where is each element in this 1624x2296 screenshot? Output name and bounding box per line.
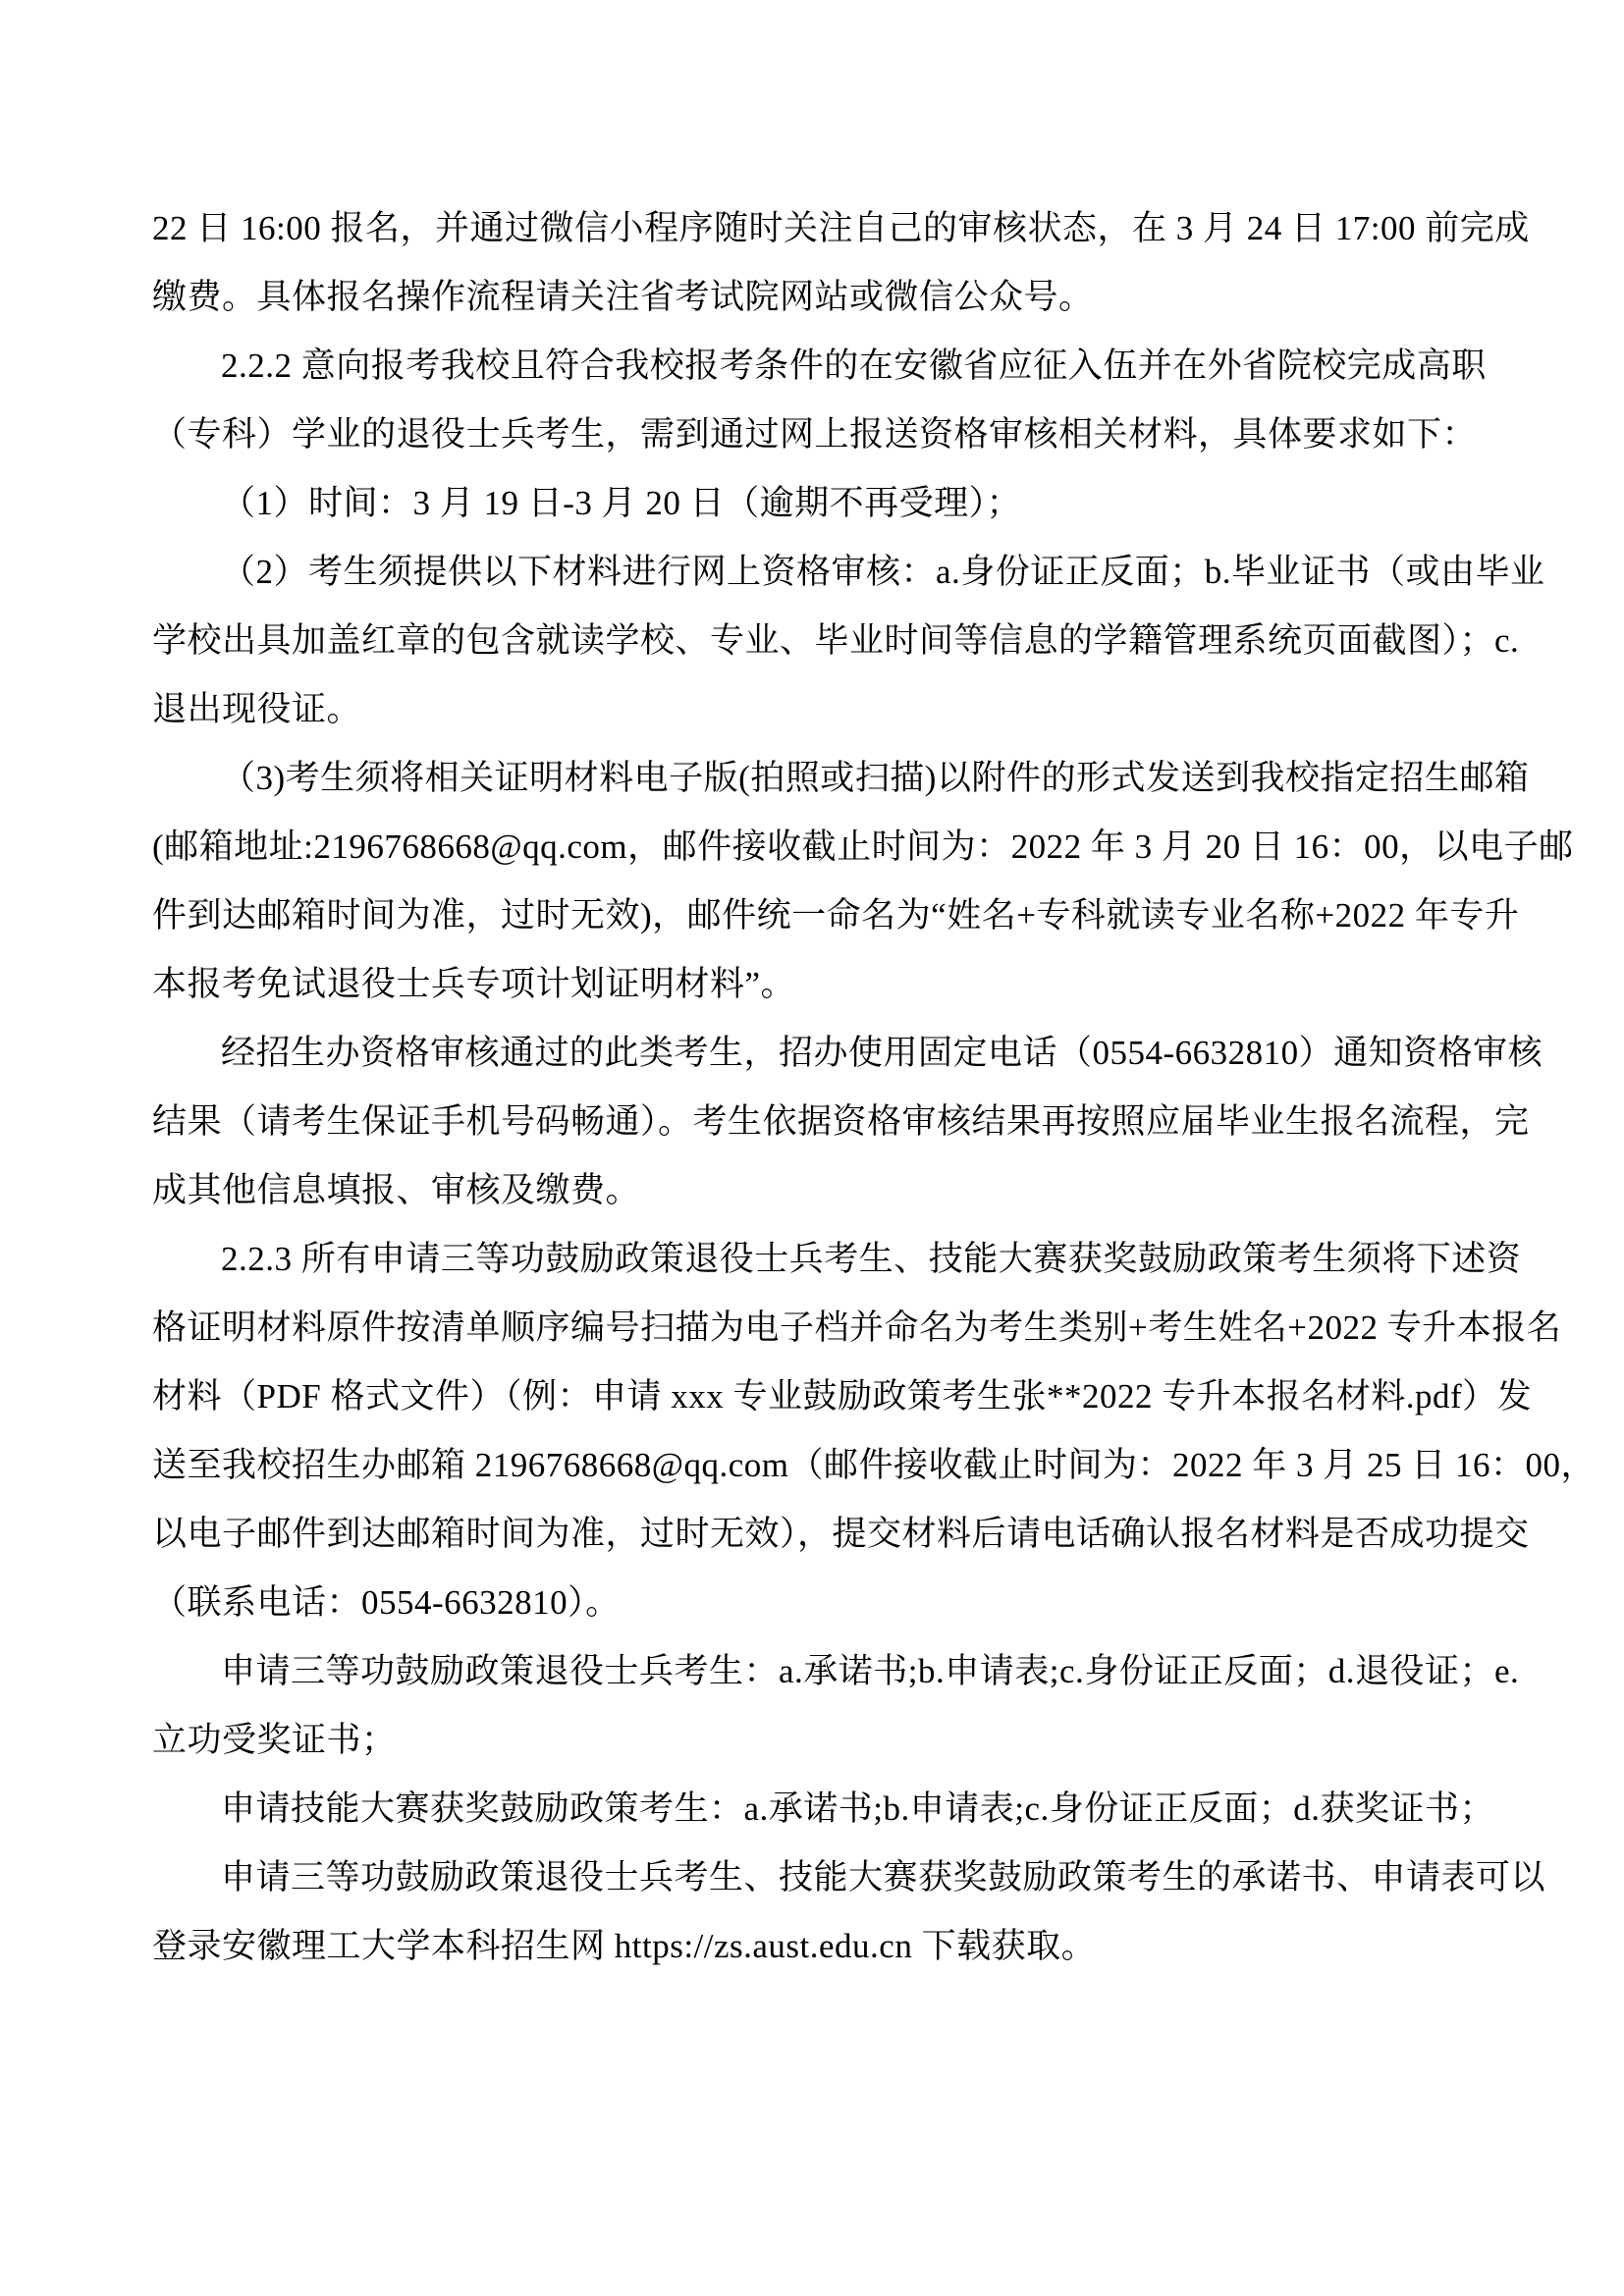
text-line: 材料（PDF 格式文件）（例：申请 xxx 专业鼓励政策考生张**2022 专升… bbox=[152, 1362, 1519, 1431]
text-line: 缴费。具体报名操作流程请关注省考试院网站或微信公众号。 bbox=[152, 263, 1519, 332]
text-line: 送至我校招生办邮箱 2196768668@qq.com（邮件接收截止时间为：20… bbox=[152, 1431, 1519, 1500]
text-line: （专科）学业的退役士兵考生，需到通过网上报送资格审核相关材料，具体要求如下： bbox=[152, 400, 1519, 469]
text-line: （联系电话：0554-6632810）。 bbox=[152, 1569, 1519, 1637]
text-line: 22 日 16:00 报名，并通过微信小程序随时关注自己的审核状态，在 3 月 … bbox=[152, 194, 1519, 263]
text-line: 2.2.2 意向报考我校且符合我校报考条件的在安徽省应征入伍并在外省院校完成高职 bbox=[152, 332, 1519, 400]
text-line: （2）考生须提供以下材料进行网上资格审核：a.身份证正反面；b.毕业证书（或由毕… bbox=[152, 538, 1519, 607]
text-line: 学校出具加盖红章的包含就读学校、专业、毕业时间等信息的学籍管理系统页面截图）；c… bbox=[152, 607, 1519, 675]
text-line: 申请技能大赛获奖鼓励政策考生：a.承诺书;b.申请表;c.身份证正反面；d.获奖… bbox=[152, 1775, 1519, 1843]
text-line: 格证明材料原件按清单顺序编号扫描为电子档并命名为考生类别+考生姓名+2022 专… bbox=[152, 1294, 1519, 1362]
text-line: 申请三等功鼓励政策退役士兵考生、技能大赛获奖鼓励政策考生的承诺书、申请表可以 bbox=[152, 1843, 1519, 1912]
text-line: 2.2.3 所有申请三等功鼓励政策退役士兵考生、技能大赛获奖鼓励政策考生须将下述… bbox=[152, 1225, 1519, 1294]
text-line: 成其他信息填报、审核及缴费。 bbox=[152, 1156, 1519, 1225]
text-line: （3)考生须将相关证明材料电子版(拍照或扫描)以附件的形式发送到我校指定招生邮箱 bbox=[152, 744, 1519, 813]
text-line: 立功受奖证书； bbox=[152, 1706, 1519, 1775]
text-line: (邮箱地址:2196768668@qq.com，邮件接收截止时间为：2022 年… bbox=[152, 813, 1519, 881]
text-line: 以电子邮件到达邮箱时间为准，过时无效），提交材料后请电话确认报名材料是否成功提交 bbox=[152, 1500, 1519, 1569]
text-line: 件到达邮箱时间为准，过时无效)，邮件统一命名为“姓名+专科就读专业名称+2022… bbox=[152, 881, 1519, 950]
text-line: 登录安徽理工大学本科招生网 https://zs.aust.edu.cn 下载获… bbox=[152, 1912, 1519, 1981]
text-line: 退出现役证。 bbox=[152, 675, 1519, 744]
document-page: 22 日 16:00 报名，并通过微信小程序随时关注自己的审核状态，在 3 月 … bbox=[0, 0, 1624, 2296]
text-line: 申请三等功鼓励政策退役士兵考生：a.承诺书;b.申请表;c.身份证正反面；d.退… bbox=[152, 1637, 1519, 1706]
text-line: 经招生办资格审核通过的此类考生，招办使用固定电话（0554-6632810）通知… bbox=[152, 1019, 1519, 1088]
text-line: 结果（请考生保证手机号码畅通）。考生依据资格审核结果再按照应届毕业生报名流程，完 bbox=[152, 1088, 1519, 1156]
text-line: （1）时间：3 月 19 日-3 月 20 日（逾期不再受理）； bbox=[152, 469, 1519, 538]
document-text: 22 日 16:00 报名，并通过微信小程序随时关注自己的审核状态，在 3 月 … bbox=[152, 194, 1519, 1981]
text-line: 本报考免试退役士兵专项计划证明材料”。 bbox=[152, 950, 1519, 1019]
